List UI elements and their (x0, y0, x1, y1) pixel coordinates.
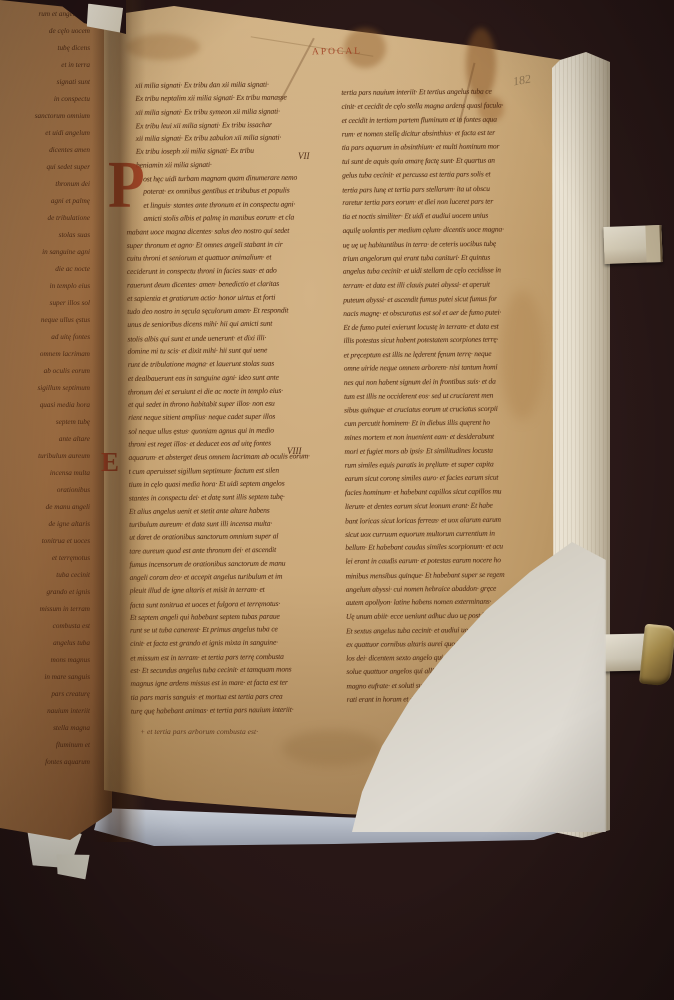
manuscript-text-line: combusta est (0, 618, 90, 635)
manuscript-text-line: unus de senioribus dicens mihi· hii qui … (127, 316, 339, 331)
manuscript-text-line: lei erant in caudis earum· et potestas e… (345, 553, 553, 569)
manuscript-text-line: fluminum et (0, 737, 90, 754)
manuscript-text-line: in conspectu (0, 91, 90, 108)
manuscript-text-line: super illos sol (0, 295, 90, 312)
manuscript-text-line: in sanguine agni (0, 244, 90, 261)
manuscript-text-line: thronum dei (0, 176, 90, 193)
manuscript-text-line: tubę dicens (0, 40, 90, 57)
manuscript-text-line: cinit· et facta est grando et ignis mixt… (130, 636, 342, 651)
text-column-left: xii milia signati· Ex tribu dan xii mili… (125, 77, 343, 717)
manuscript-text-line: angelus tuba (0, 635, 90, 652)
manuscript-text-line: angelus tuba cecinit· et uidi stellam de… (343, 263, 551, 279)
clasp-strap-top (603, 225, 662, 264)
clasp-buckle (639, 624, 674, 687)
manuscript-text-line: de manu angeli (0, 499, 90, 516)
manuscript-text-line: missum in terram (0, 601, 90, 618)
manuscript-text-line: signati sunt (0, 74, 90, 91)
manuscript-text-line: de cęlo uocem (0, 23, 90, 40)
manuscript-text-line: xii milia signati· Ex tribu symeon xii m… (135, 104, 337, 119)
manuscript-text-line: die ac nocte (0, 261, 90, 278)
manuscript-text-line: et uidi angelum (0, 125, 90, 142)
manuscript-text-line: agni et palmę (0, 193, 90, 210)
manuscript-text-line: de igne altaris (0, 516, 90, 533)
manuscript-text-line: et in terra (0, 57, 90, 74)
chapter-numeral-vii: VII (298, 151, 310, 161)
manuscript-text-line: ante altare (0, 431, 90, 448)
manuscript-text-line: septem tubę (0, 414, 90, 431)
manuscript-text-line: dicentes amen (0, 142, 90, 159)
manuscript-text-line: gelus tuba cecinit· et percussa est tert… (342, 167, 550, 183)
manuscript-text-line: in templo eius (0, 278, 90, 295)
manuscript-text-line: grando et ignis (0, 584, 90, 601)
chapter-numeral-viii: VIII (287, 446, 302, 456)
manuscript-text-line: pleuit illud de igne altaris et misit in… (130, 582, 342, 597)
manuscript-text-line: tuba cecinit (0, 567, 90, 584)
manuscript-text-line: in mare sanguis (0, 669, 90, 686)
manuscript-text-line: cuitu throni et seniorum et quattuor ani… (127, 250, 339, 265)
manuscript-text-line: turibulum aureum (0, 448, 90, 465)
manuscript-photo: rum et angelorumde cęlo uocemtubę dicens… (0, 0, 674, 1000)
manuscript-text-line: et dealbauerunt eas in sanguine agni· id… (128, 370, 340, 385)
manuscript-text-line: fontes aquarum (0, 754, 90, 771)
manuscript-text-line: nauium interiit (0, 703, 90, 720)
manuscript-text-line: quasi media hora (0, 397, 90, 414)
manuscript-text-line: lierum· et dentes earum sicut leonum era… (345, 498, 553, 514)
manuscript-text-line: de tribulatione (0, 210, 90, 227)
clasp-tip-icon (645, 225, 662, 263)
manuscript-text-line: stolas suas (0, 227, 90, 244)
manuscript-text-line: stella magna (0, 720, 90, 737)
manuscript-text-line: turę quę habebant animas· et tertia pars… (131, 702, 343, 718)
left-page-text-column: rum et angelorumde cęlo uocemtubę dicens… (0, 6, 90, 771)
manuscript-text-line: omne uiride neque omnem arborem· nisi ta… (344, 360, 552, 376)
parchment-stain (126, 34, 200, 60)
manuscript-text-line: rum similes equis paratis in pręlium· et… (345, 456, 553, 472)
manuscript-text-line: pars creaturę (0, 686, 90, 703)
manuscript-text-line: domine mi tu scis· et dixit mihi· hii su… (128, 343, 340, 358)
manuscript-text-line: neque ullus ęstus (0, 312, 90, 329)
manuscript-text-line: ab oculis eorum (0, 363, 90, 380)
manuscript-text-line: sigillum septimum (0, 380, 90, 397)
manuscript-text-line: orationibus (0, 482, 90, 499)
parchment-stain (282, 730, 382, 766)
manuscript-text-line: incensa multa (0, 465, 90, 482)
marginal-addendum-line: + et tertia pars arborum combusta est· (140, 727, 258, 736)
manuscript-text-line: omnem lacrimam (0, 346, 90, 363)
manuscript-text-line: mons magnus (0, 652, 90, 669)
rubric-initial-e: E (101, 449, 119, 476)
manuscript-text-line: qui sedet super (0, 159, 90, 176)
manuscript-text-line: tonitrua et uoces (0, 533, 90, 550)
left-page: rum et angelorumde cęlo uocemtubę dicens… (0, 0, 112, 846)
running-header: APOCAL (312, 47, 362, 58)
manuscript-text-line: terram· et data est illi clauis putei ab… (343, 277, 551, 293)
manuscript-text-line: ad uitę fontes (0, 329, 90, 346)
manuscript-text-line: aquilę uolantis per medium cęlum· dicent… (342, 222, 550, 238)
rubric-initial-p: P (108, 150, 145, 217)
manuscript-text-line: sanctorum omnium (0, 108, 90, 125)
manuscript-text-line: et terręmotus (0, 550, 90, 567)
